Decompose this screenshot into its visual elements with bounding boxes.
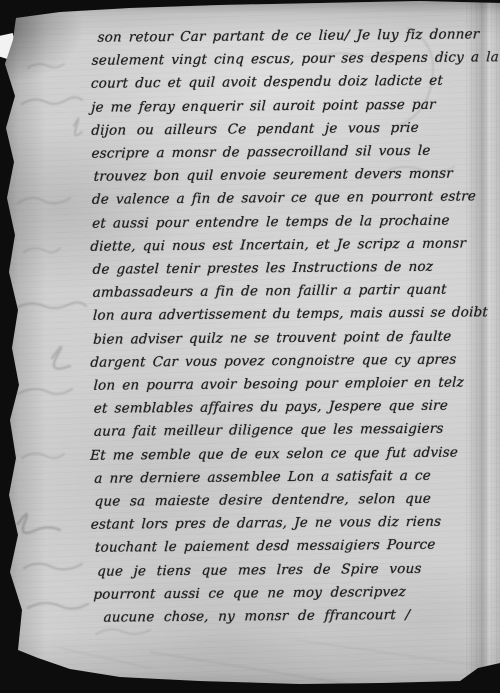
scan-background: son retour Car partant de ce lieu/ Je lu… [0, 0, 500, 693]
edge-shading [0, 0, 500, 693]
manuscript-page: son retour Car partant de ce lieu/ Je lu… [0, 0, 500, 693]
fold-crease-right [466, 0, 500, 693]
